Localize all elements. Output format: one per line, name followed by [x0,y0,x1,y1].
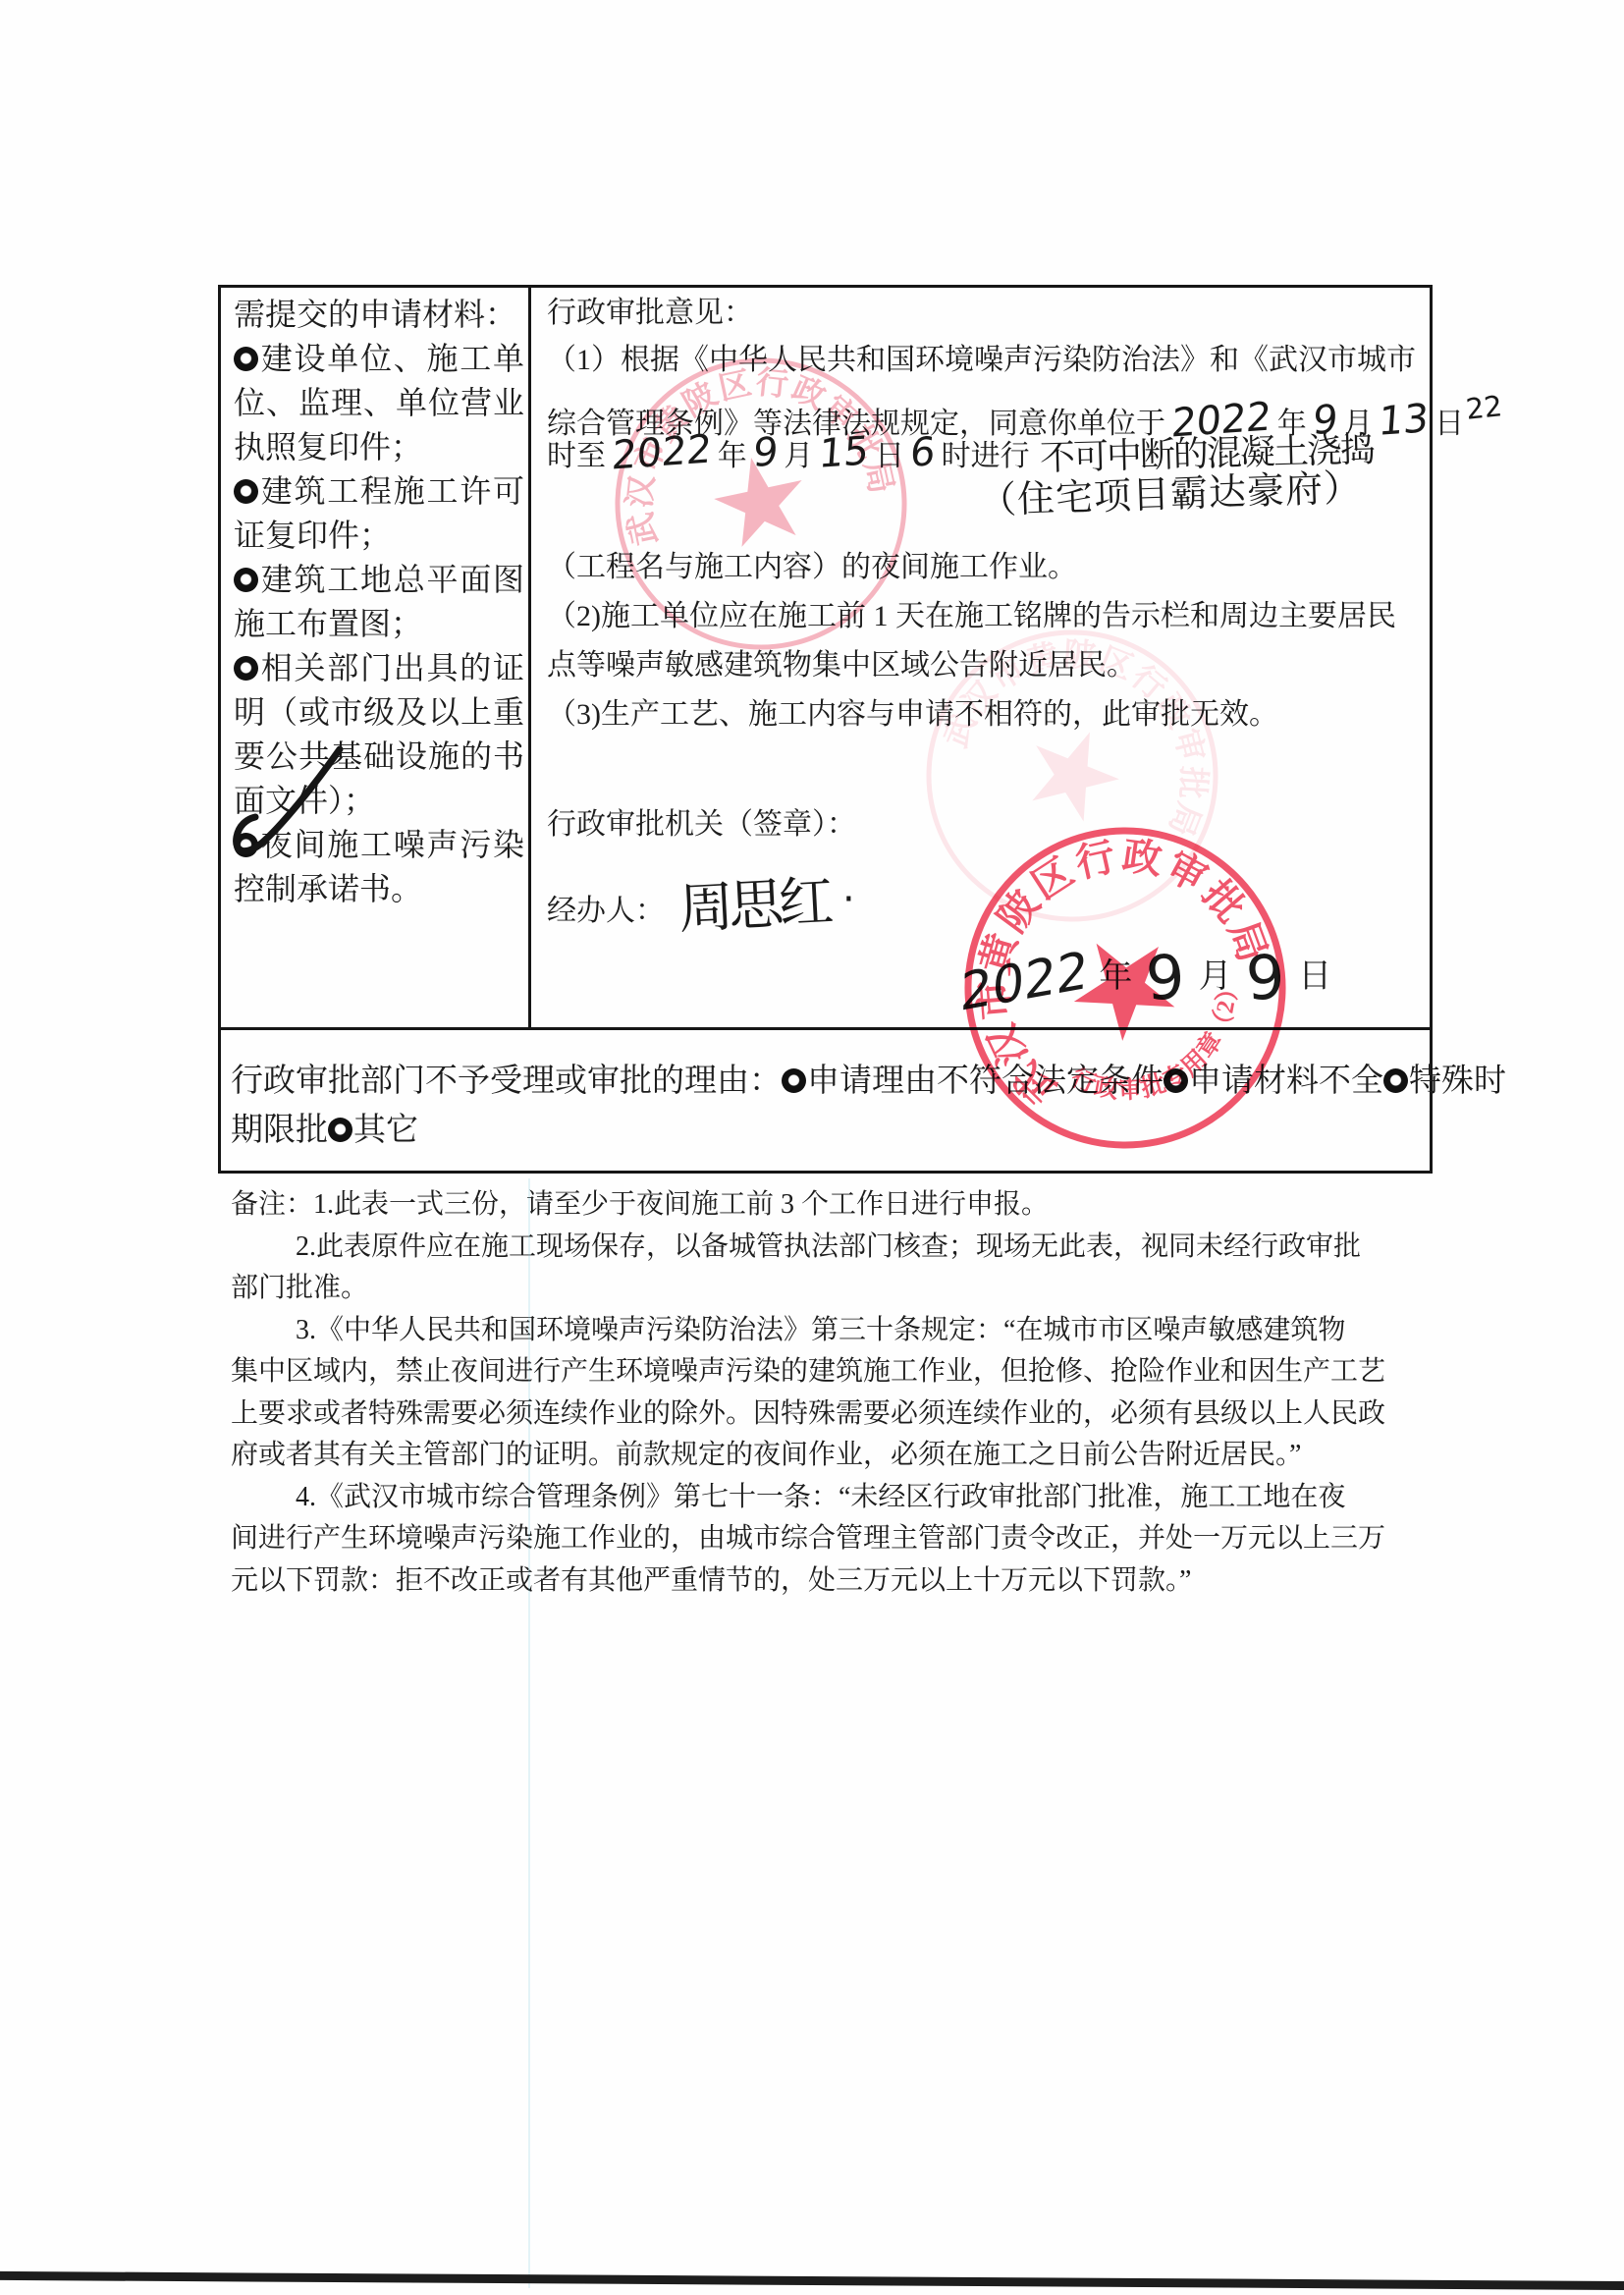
scanner-streak-artifact [528,1178,530,2288]
handwritten-end-day: 15 [818,431,871,474]
opinion-heading: 行政审批意见： [547,291,753,336]
materials-title: 需提交的申请材料： [234,293,524,337]
bullet-icon [234,568,258,592]
handwritten-date-month: 9 [1145,947,1187,1010]
handwritten-end-month: 9 [751,432,779,473]
footnotes-block: 备注：1.此表一式三份，请至少于夜间施工前 3 个工作日进行申报。 2.此表原件… [231,1184,1424,1602]
note-line: 元以下罚款：拒不改正或者有其他严重情节的，处三万元以上十万元以下罚款。” [231,1560,1424,1603]
note-line: 间进行产生环境噪声污染施工作业的，由城市综合管理主管部门责令改正，并处一万元以上… [231,1518,1424,1560]
rejection-line: 期限批其它 [231,1106,1434,1155]
rejection-line: 行政审批部门不予受理或审批的理由：申请理由不符合法定条件申请材料不全特殊时 [231,1057,1434,1106]
row-divider [221,1027,1430,1030]
bullet-icon [1164,1068,1188,1093]
bullet-icon [234,479,258,504]
handwritten-checkmark [214,744,352,867]
signature-dot: · [842,877,855,922]
handwritten-project-note: （住宅项目霸达豪府） [979,471,1362,520]
scan-paper-edge [0,2271,1624,2290]
bullet-icon [234,347,258,371]
opinion-line: （1）根据《中华人民共和国环境噪声污染防治法》和《武汉市城市 [547,338,1416,383]
note-line: 部门批准。 [231,1268,1424,1310]
note-line: 集中区域内，禁止夜间进行产生环境噪声污染的建筑施工作业，但抢修、抢险作业和因生产… [231,1351,1424,1393]
note-line: 上要求或者特殊需要必须连续作业的除外。因特殊需要必须连续作业的，必须有县级以上人… [231,1393,1424,1436]
approval-form-table: 需提交的申请材料： 建设单位、施工单位、监理、单位营业执照复印件； 建筑工程施工… [218,285,1433,1174]
bullet-icon [328,1118,352,1142]
handwritten-operator-signature: 周思红 [677,880,830,933]
operator-row: 经办人：周思红· [547,877,855,934]
opinion-line: 点等噪声敏感建筑物集中区域公告附近居民。 [547,643,1136,688]
opinion-line: （工程名与施工内容）的夜间施工作业。 [547,545,1077,590]
note-line: 备注：1.此表一式三份，请至少于夜间施工前 3 个工作日进行申报。 [231,1184,1424,1227]
opinion-line: （3)生产工艺、施工内容与申请不相符的，此审批无效。 [547,692,1278,738]
note-line: 3.《中华人民共和国环境噪声污染防治法》第三十条规定：“在城市市区噪声敏感建筑物 [296,1310,1424,1352]
opinion-line: （2)施工单位应在施工前 1 天在施工铭牌的告示栏和周边主要居民 [547,594,1396,639]
note-line: 府或者其有关主管部门的证明。前款规定的夜间作业，必须在施工之日前公告附近居民。” [231,1435,1424,1477]
bullet-icon [234,656,258,681]
scanned-approval-form-page: 需提交的申请材料： 建设单位、施工单位、监理、单位营业执照复印件； 建筑工程施工… [0,0,1624,2295]
note-line: 4.《武汉市城市综合管理条例》第七十一条：“未经区行政审批部门批准，施工工地在夜 [296,1477,1424,1519]
handwritten-end-hour: 6 [909,432,937,473]
handwritten-date-day: 9 [1244,947,1286,1010]
approval-date-row: 2022年9月9日 [959,948,1331,1009]
handwritten-start-hour: 22 [1464,383,1505,432]
handwritten-end-year: 2022 [611,429,713,475]
authority-signature-label: 行政审批机关（签章）： [547,802,856,847]
list-item: 建筑工地总平面图施工布置图； [234,558,524,646]
rejection-reasons-cell: 行政审批部门不予受理或审批的理由：申请理由不符合法定条件申请材料不全特殊时 期限… [231,1057,1434,1155]
handwritten-date-year: 2022 [959,945,1089,1019]
column-divider [528,288,531,1027]
list-item: 建设单位、施工单位、监理、单位营业执照复印件； [234,337,524,469]
note-line: 2.此表原件应在施工现场保存，以备城管执法部门核查；现场无此表，视同未经行政审批 [296,1227,1424,1269]
bullet-icon [1383,1068,1408,1093]
bullet-icon [782,1068,806,1093]
handwritten-start-day: 13 [1378,399,1431,442]
list-item: 建筑工程施工许可证复印件； [234,469,524,558]
